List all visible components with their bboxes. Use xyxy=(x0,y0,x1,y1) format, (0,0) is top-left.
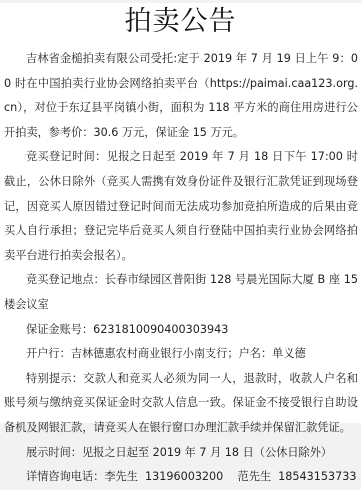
paragraph-deposit-account: 保证金账号：6231810090400303943 xyxy=(4,318,358,343)
paragraph-intro: 吉林省金槌拍卖有限公司受托:定于 2019 年 7 月 19 日上午 9：00 … xyxy=(4,47,358,145)
paragraph-bank: 开户行：吉林德惠农村商业银行小南支行；户名：单义德 xyxy=(4,342,358,367)
paragraph-registration-location: 竞买登记地点：长春市绿园区普阳街 128 号晨光国际大厦 B 座 15 楼会议室 xyxy=(4,268,358,317)
paragraph-special-notice: 特别提示：交款人和竞买人必须为同一人，退款时，收款人户名和账号须与缴纳竞买保证金… xyxy=(4,367,358,429)
announcement-page: 拍卖公告 吉林省金槌拍卖有限公司受托:定于 2019 年 7 月 19 日上午 … xyxy=(0,3,361,423)
page-title: 拍卖公告 xyxy=(0,5,361,39)
paragraph-registration-time: 竞买登记时间：见报之日起至 2019 年 7 月 18 日下午 17:00 时截… xyxy=(4,145,358,268)
announcement-body: 吉林省金槌拍卖有限公司受托:定于 2019 年 7 月 19 日上午 9：00 … xyxy=(4,47,358,429)
